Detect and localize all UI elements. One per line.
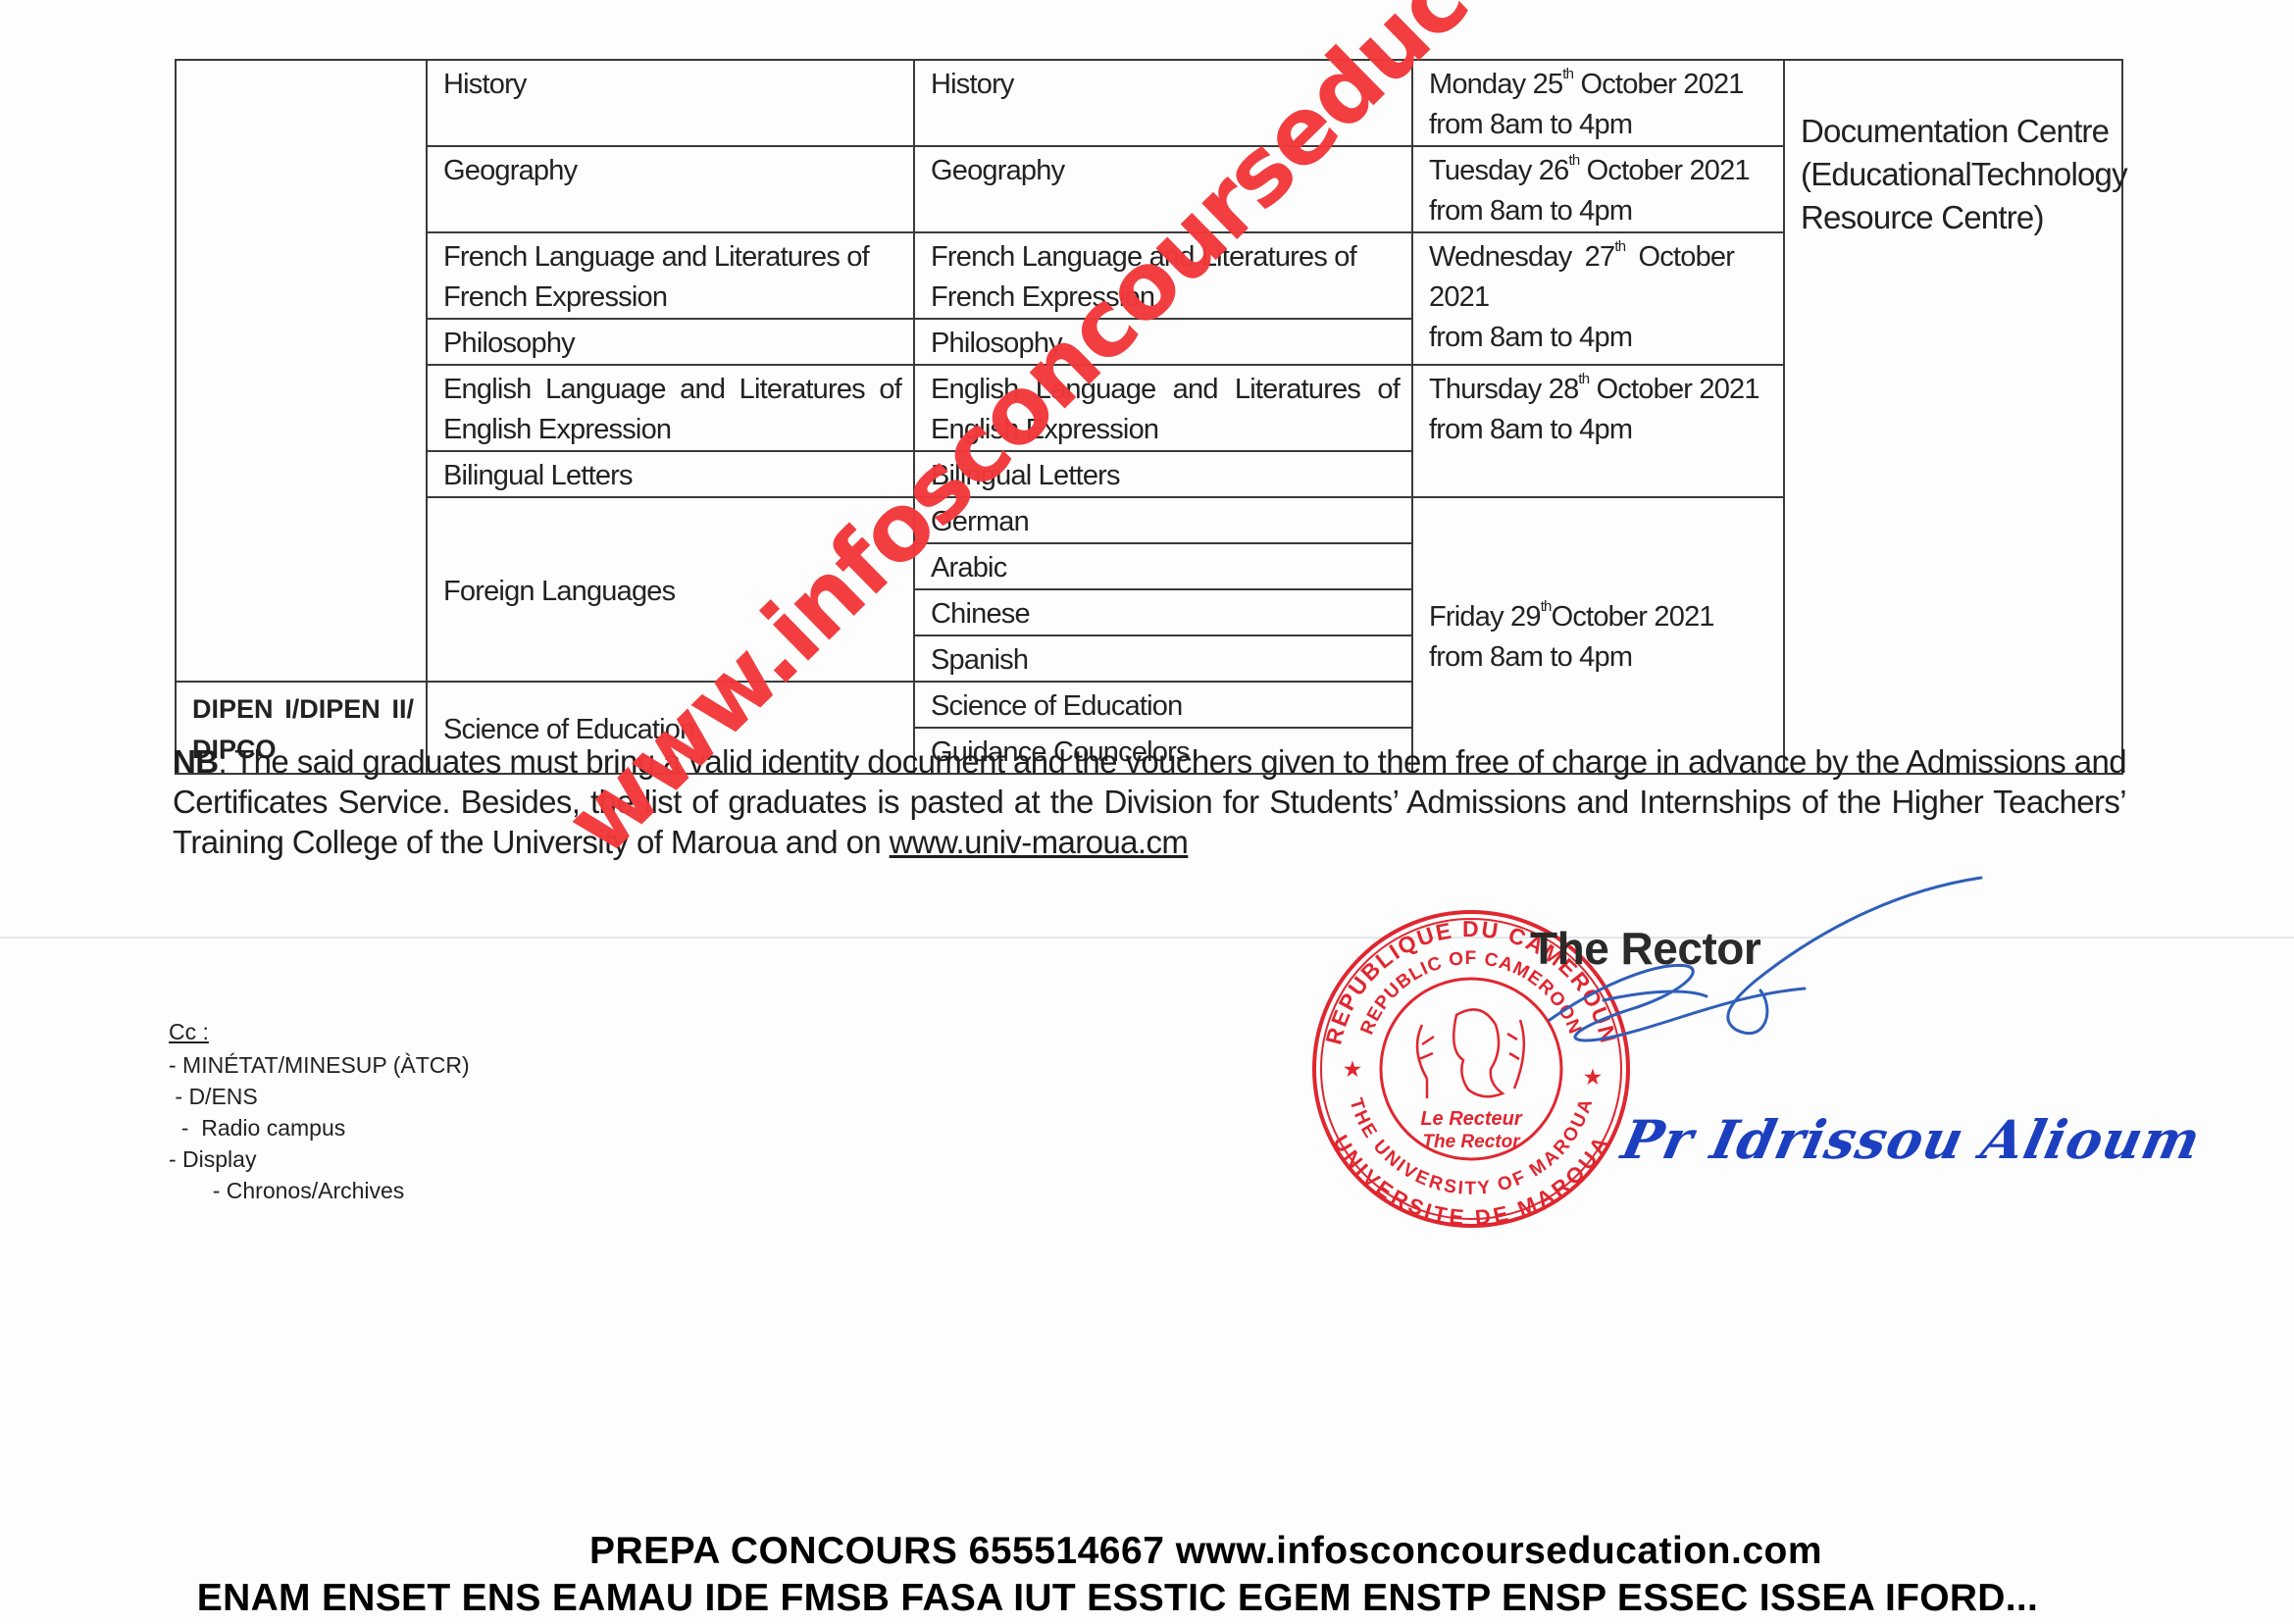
signatory-name: Pr Idrissou Alioum (1616, 1108, 2207, 1171)
footer-promo-line-2: ENAM ENSET ENS EAMAU IDE FMSB FASA IUT E… (0, 1577, 2294, 1620)
svg-text:Le Recteur: Le Recteur (1420, 1108, 1523, 1130)
handwritten-signature-icon (1510, 873, 2020, 1089)
date-cell: Friday 29thOctober 2021 from 8am to 4pm (1412, 497, 1784, 774)
date-cell: Thursday 28th October 2021 from 8am to 4… (1412, 365, 1784, 497)
svg-text:★: ★ (1344, 1059, 1361, 1081)
specialty-cell: English Language and Literatures of Engl… (427, 365, 914, 451)
footer-promo-line-1: PREPA CONCOURS 655514667 www.infosconcou… (0, 1530, 2294, 1573)
cc-item: - Radio campus (169, 1112, 470, 1143)
diploma-cell-empty (176, 60, 427, 682)
nb-label: NB (173, 743, 218, 780)
option-cell: Arabic (914, 543, 1412, 589)
cc-item: - MINÉTAT/MINESUP (ÀTCR) (169, 1049, 470, 1081)
specialty-cell: Philosophy (427, 319, 914, 365)
option-cell: Science of Education (914, 682, 1412, 728)
cc-item: - Display (169, 1143, 470, 1175)
university-website-link[interactable]: www.univ-maroua.cm (890, 824, 1189, 860)
specialty-cell: History (427, 60, 914, 146)
table-row: History History Monday 25th October 2021… (176, 60, 2122, 146)
specialty-cell: Geography (427, 146, 914, 232)
specialty-cell: Bilingual Letters (427, 451, 914, 497)
venue-cell: Documentation Centre (EducationalTechnol… (1784, 60, 2122, 774)
cc-title: Cc : (169, 1016, 470, 1047)
cc-item: - D/ENS (169, 1081, 470, 1112)
specialty-cell: French Language and Literatures of Frenc… (427, 232, 914, 319)
date-cell: Monday 25th October 2021 from 8am to 4pm (1412, 60, 1784, 146)
nb-paragraph: NB: The said graduates must bring a vali… (173, 741, 2126, 862)
date-cell: Wednesday 27th October 2021 from 8am to … (1412, 232, 1784, 365)
date-cell: Tuesday 26th October 2021 from 8am to 4p… (1412, 146, 1784, 232)
option-cell: Spanish (914, 635, 1412, 682)
cc-list: Cc : - MINÉTAT/MINESUP (ÀTCR) - D/ENS - … (169, 1016, 470, 1206)
cc-item: - Chronos/Archives (169, 1175, 470, 1206)
option-cell: Chinese (914, 589, 1412, 635)
exam-schedule-table: History History Monday 25th October 2021… (175, 59, 2123, 775)
svg-text:The Rector: The Rector (1422, 1132, 1521, 1152)
